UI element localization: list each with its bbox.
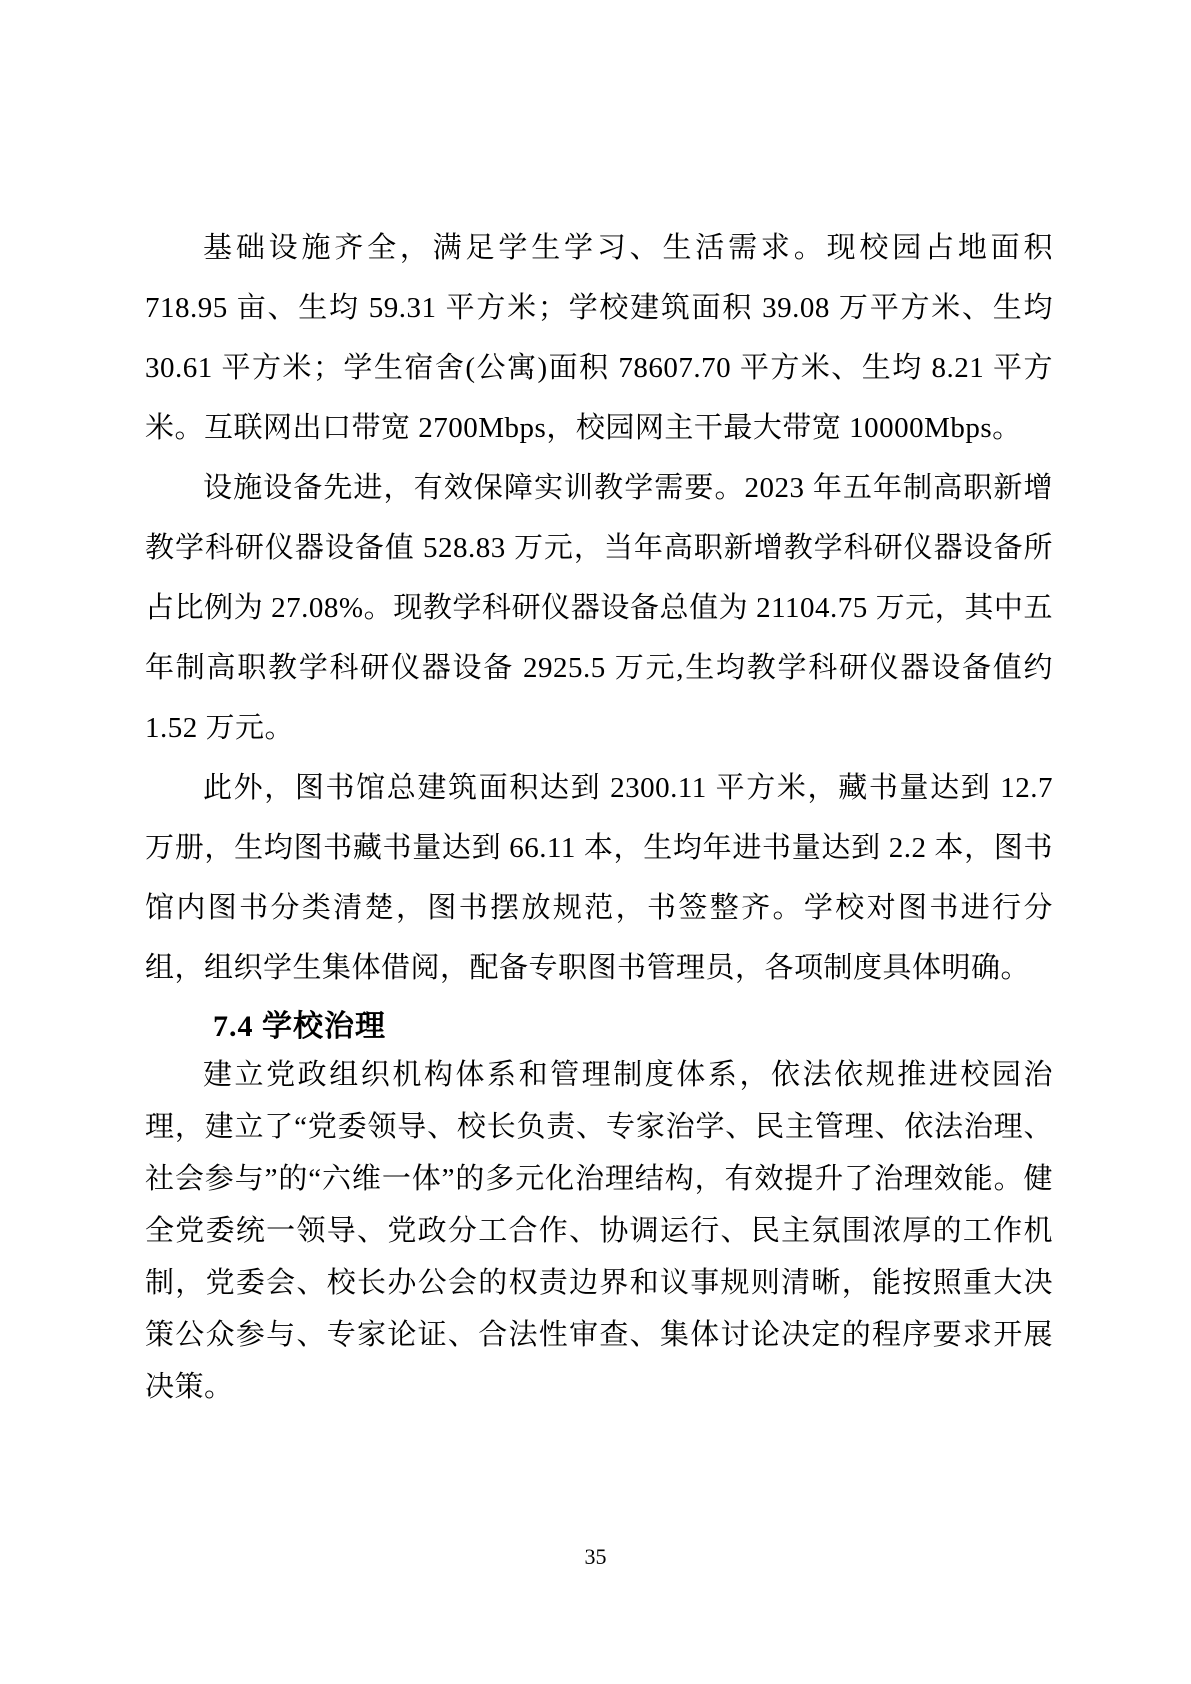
paragraph-governance: 建立党政组织机构体系和管理制度体系，依法依规推进校园治理，建立了“党委领导、校长… xyxy=(145,1049,1053,1413)
section-heading-7-4-school-governance: 7.4 学校治理 xyxy=(145,998,1053,1049)
document-page: 基础设施齐全，满足学生学习、生活需求。现校园占地面积 718.95 亩、生均 5… xyxy=(0,0,1191,1684)
paragraph-library: 此外，图书馆总建筑面积达到 2300.11 平方米，藏书量达到 12.7 万册，… xyxy=(145,758,1053,998)
paragraph-equipment: 设施设备先进，有效保障实训教学需要。2023 年五年制高职新增教学科研仪器设备值… xyxy=(145,458,1053,758)
document-body: 基础设施齐全，满足学生学习、生活需求。现校园占地面积 718.95 亩、生均 5… xyxy=(145,218,1053,1413)
paragraph-facilities: 基础设施齐全，满足学生学习、生活需求。现校园占地面积 718.95 亩、生均 5… xyxy=(145,218,1053,458)
page-number: 35 xyxy=(0,1543,1191,1571)
